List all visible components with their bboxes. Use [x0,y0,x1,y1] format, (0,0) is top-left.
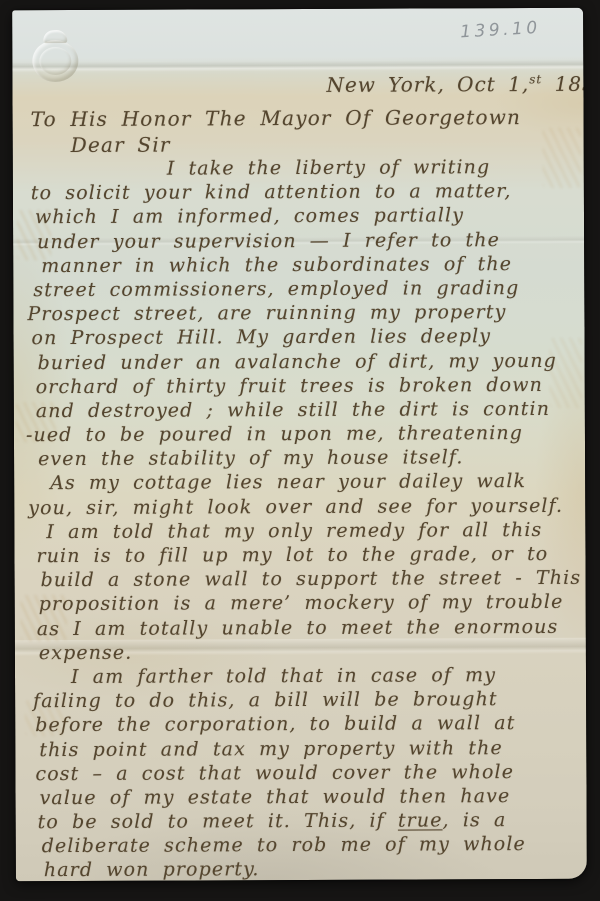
letter-line: buried under an avalanche of dirt, my yo… [26,348,582,375]
letter-line: I take the liberty of writing [25,155,581,182]
line-text: manner in which the subordinates of the [41,253,512,277]
letter-line: under your supervision — I refer to the [25,227,581,254]
address-line: To His Honor The Mayor Of Georgetown [31,105,522,131]
line-text: even the stability of my house itself. [38,447,463,471]
line-text: , is a [442,809,506,831]
letter-line: build a stone wall to support the street… [27,566,583,593]
catalog-number: 139.10 [460,18,541,43]
letter-line: hard won property. [28,856,584,881]
line-text: you, sir, might look over and see for yo… [28,494,563,518]
letter-line: to be sold to meet it. This, if true, is… [28,808,584,835]
line-text: ruin is to fill up my lot to the grade, … [36,543,548,567]
embossed-seal-crown-icon [43,30,67,43]
letter-line: I am farther told that in case of my [27,663,583,690]
letter-line: I am told that my only remedy for all th… [26,518,582,545]
line-text: before the corporation, to build a wall … [35,712,515,736]
letter-line: Prospect street, are ruinning my propert… [25,300,581,327]
dateline-superscript: st [529,72,542,86]
dateline-year: 1858. [542,72,587,96]
letter-line: manner in which the subordinates of the [25,252,581,279]
line-text: as I am totally unable to meet the enorm… [37,615,559,639]
line-text: I take the liberty of writing [167,156,491,179]
line-text: -ued to be poured in upon me, threatenin… [26,422,523,446]
letter-line: even the stability of my house itself. [26,445,582,472]
line-text: I am told that my only remedy for all th… [46,519,542,543]
letter-line: to solicit your kind attention to a matt… [25,179,581,206]
letter-line: street commissioners, employed in gradin… [25,276,581,303]
fold-crease-top [12,60,583,72]
letter-paper: 139.10 New York, Oct 1,st 1858. To His H… [12,8,587,881]
line-text: which I am informed, comes partially [35,205,464,229]
line-text: hard won property. [44,859,260,882]
salutation: Dear Sir [71,133,171,157]
line-text: value of my estate that would then have [39,785,510,809]
line-text: failing to do this, a bill will be broug… [33,688,498,712]
letter-line: before the corporation, to build a wall … [27,711,583,738]
line-text: orchard of thirty fruit trees is broken … [36,374,543,398]
embossed-seal-inner-icon [39,47,71,75]
letter-line: this point and tax my property with the [27,735,583,762]
line-text: deliberate scheme to rob me of my whole [42,833,526,857]
letter-line: ruin is to fill up my lot to the grade, … [26,542,582,569]
letter-line: value of my estate that would then have [27,784,583,811]
letter-line: failing to do this, a bill will be broug… [27,687,583,714]
letter-line: proposition is a mere’ mockery of my tro… [27,590,583,617]
letter-line: which I am informed, comes partially [25,203,581,230]
line-text: and destroyed ; while still the dirt is … [36,398,550,422]
line-text: build a stone wall to support the street… [41,567,582,591]
letter-line: and destroyed ; while still the dirt is … [26,397,582,424]
letter-line: as I am totally unable to meet the enorm… [27,614,583,641]
line-text: on Prospect Hill. My garden lies deeply [31,325,491,349]
letter-line: deliberate scheme to rob me of my whole [28,832,584,859]
dateline: New York, Oct 1,st 1858. [326,72,587,97]
letter-line: As my cottage lies near your dailey walk [26,469,582,496]
letter-line: expense. [27,639,583,666]
line-text: this point and tax my property with the [39,737,503,761]
letter-body: I take the liberty of writingto solicit … [25,155,584,881]
letter-line: you, sir, might look over and see for yo… [26,493,582,520]
line-text: under your supervision — I refer to the [37,229,500,253]
dateline-text: New York, Oct 1, [326,72,529,97]
line-text: to be sold to meet it. This, if [38,810,398,834]
line-text: buried under an avalanche of dirt, my yo… [38,349,557,373]
line-text: street commissioners, employed in gradin… [33,277,519,301]
line-text: to solicit your kind attention to a matt… [31,180,512,204]
line-text: Prospect street, are ruinning my propert… [27,301,506,325]
line-text: I am farther told that in case of my [71,664,496,688]
letter-line: cost – a cost that would cover the whole [27,759,583,786]
letter-line: on Prospect Hill. My garden lies deeply [25,324,581,351]
underlined-word: true [398,809,443,831]
line-text: cost – a cost that would cover the whole [35,761,514,785]
line-text: proposition is a mere’ mockery of my tro… [39,591,564,615]
letter-line: orchard of thirty fruit trees is broken … [26,372,582,399]
line-text: expense. [39,641,133,663]
letter-line: -ued to be poured in upon me, threatenin… [26,421,582,448]
line-text: As my cottage lies near your dailey walk [50,470,526,494]
